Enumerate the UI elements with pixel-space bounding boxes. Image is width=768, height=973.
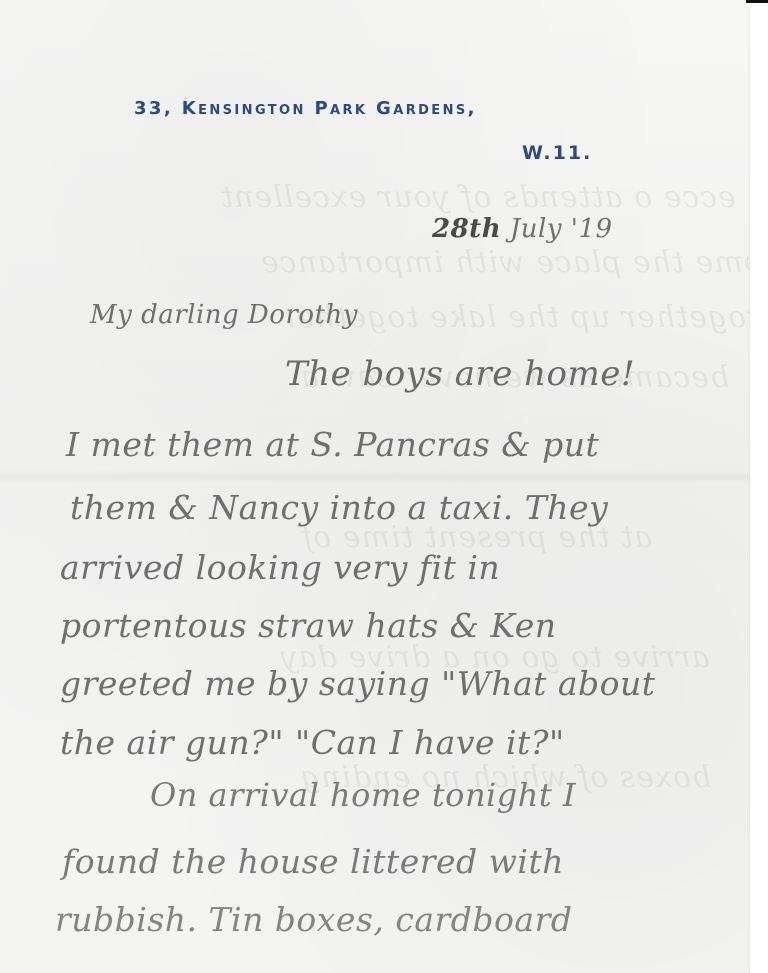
- date-month-year: July '19: [510, 214, 613, 244]
- body-line-9: found the house littered with: [62, 842, 564, 881]
- body-line-8: On arrival home tonight I: [150, 776, 576, 814]
- reverse-side-bleed-through: come the place with importance: [260, 245, 768, 280]
- letter-page: ecce o attends of your excellent come th…: [0, 0, 768, 973]
- letterhead-postcode: W.11.: [522, 142, 592, 164]
- body-line-4: arrived looking very fit in: [60, 548, 500, 587]
- body-line-10: rubbish. Tin boxes, cardboard: [55, 900, 572, 939]
- body-line-1: The boys are home!: [285, 354, 635, 394]
- reverse-side-bleed-through: ecce o attends of your excellent: [220, 180, 736, 215]
- body-line-3: them & Nancy into a taxi. They: [70, 488, 608, 527]
- scan-right-margin: [750, 0, 768, 973]
- body-line-2: I met them at S. Pancras & put: [66, 425, 599, 464]
- body-line-7: the air gun?" "Can I have it?": [60, 723, 565, 762]
- salutation: My darling Dorothy: [90, 300, 358, 330]
- paper-fold-line: [0, 470, 768, 484]
- letterhead-address: 33, Kensington Park Gardens,: [134, 98, 477, 119]
- body-line-6: greeted me by saying "What about: [60, 664, 656, 703]
- scan-corner-mark: [746, 0, 768, 3]
- letter-date: 28th July '19: [432, 214, 613, 244]
- date-day: 28th: [432, 214, 501, 244]
- body-line-5: portentous straw hats & Ken: [60, 606, 557, 645]
